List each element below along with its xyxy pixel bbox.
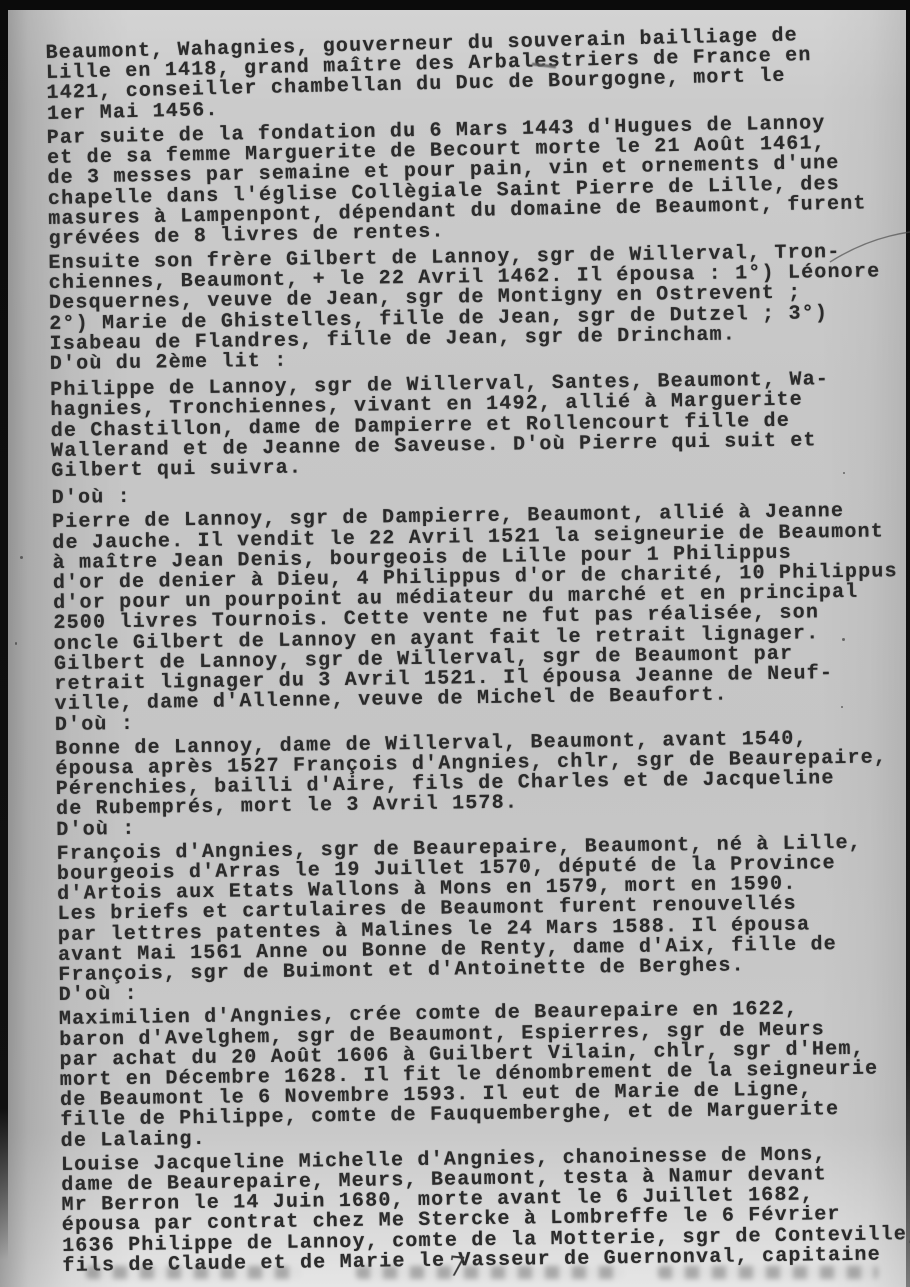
paragraph: Ensuite son frère Gilbert de Lannoy, sgr… xyxy=(48,242,880,375)
scan-artifact-scratch xyxy=(828,212,910,272)
paragraph: Beaumont, Wahagnies, gouverneur du souve… xyxy=(45,25,877,125)
scan-artifact-speck xyxy=(841,706,843,708)
scan-border-right xyxy=(906,0,910,1287)
scan-artifact-speck xyxy=(15,642,17,645)
paragraph: Philippe de Lannoy, sgr de Willerval, Sa… xyxy=(50,370,881,483)
scan-border-top xyxy=(0,0,910,10)
scan-artifact-ghost-text xyxy=(356,1266,624,1279)
scan-artifact-speck xyxy=(842,638,845,641)
scanned-page: { "colors": { "paper": "#c7c7c7", "ink":… xyxy=(0,0,910,1287)
scan-border-left xyxy=(0,0,8,1260)
paragraph: Louise Jacqueline Michelle d'Angnies, ch… xyxy=(61,1144,893,1277)
paragraph: Bonne de Lannoy, dame de Willerval, Beau… xyxy=(55,728,886,841)
paragraph: Par suite de la fondation du 6 Mars 1443… xyxy=(47,113,879,250)
paragraph: Pierre de Lannoy, sgr de Dampierre, Beau… xyxy=(52,502,885,736)
scan-artifact-ghost-text xyxy=(86,1266,301,1279)
paragraph: François d'Angnies, sgr de Beaurepaire, … xyxy=(57,833,889,1006)
paragraph: Maximilien d'Angnies, crée comte de Beau… xyxy=(59,999,891,1152)
scan-artifact-speck xyxy=(20,556,23,559)
scan-artifact-speck xyxy=(843,472,845,474)
text-body: Beaumont, Wahagnies, gouverneur du souve… xyxy=(45,32,892,1280)
scan-artifact-ghost-text xyxy=(658,1266,878,1279)
